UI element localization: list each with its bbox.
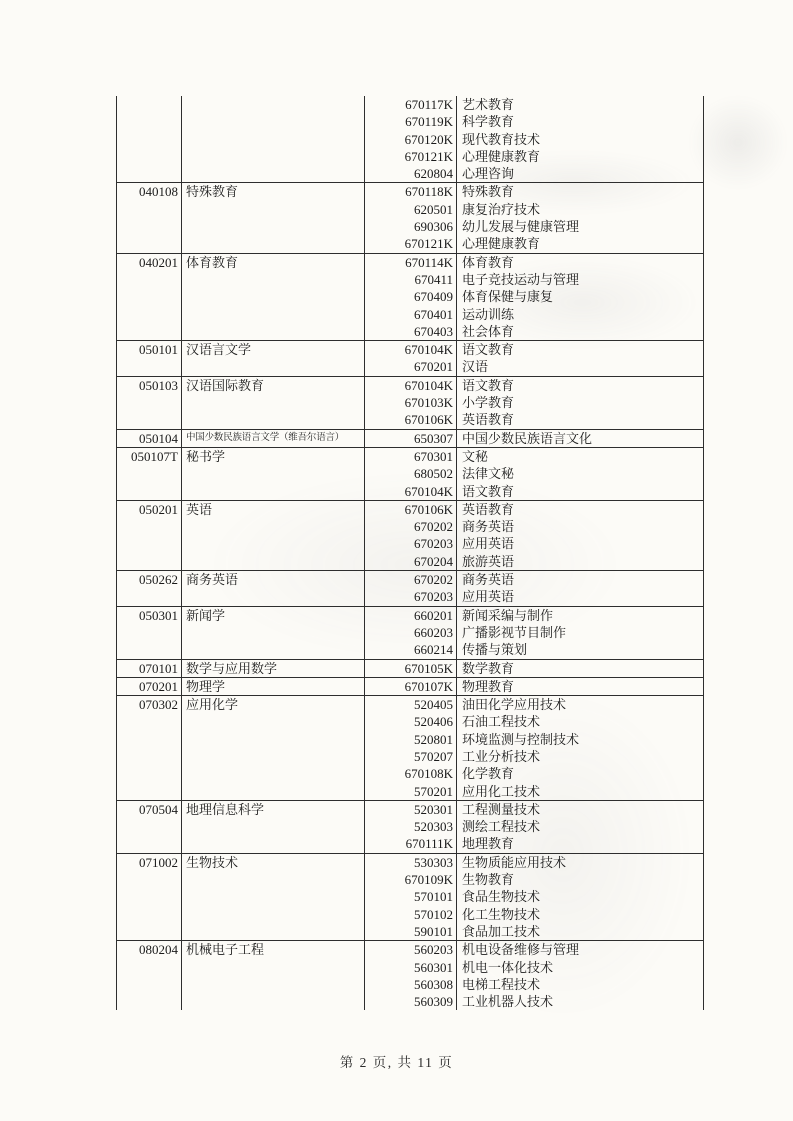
- table-row: 660214传播与策划: [117, 641, 703, 658]
- undergrad-major-name-cell: [182, 993, 365, 1010]
- college-major-name-cell: 新闻采编与制作: [457, 607, 703, 624]
- table-group: 670117K艺术教育670119K科学教育670120K现代教育技术67012…: [117, 96, 703, 182]
- college-major-name-cell: 工程测量技术: [457, 801, 703, 818]
- table-row: 520406石油工程技术: [117, 713, 703, 730]
- college-major-code-cell: 530303: [365, 854, 457, 871]
- college-major-code-cell: 670108K: [365, 765, 457, 782]
- undergrad-major-name-cell: [182, 959, 365, 976]
- undergrad-major-code-cell: [117, 306, 182, 323]
- table-row: 570101食品生物技术: [117, 888, 703, 905]
- table-row: 070504地理信息科学520301工程测量技术: [117, 801, 703, 818]
- college-major-code-cell: 670103K: [365, 394, 457, 411]
- undergrad-major-name-cell: 应用化学: [182, 696, 365, 713]
- college-major-code-cell: 670106K: [365, 501, 457, 518]
- undergrad-major-code-cell: [117, 323, 182, 340]
- table-row: 670121K心理健康教育: [117, 148, 703, 165]
- table-row: 670104K语文教育: [117, 483, 703, 500]
- college-major-name-cell: 汉语: [457, 358, 703, 375]
- college-major-name-cell: 化学教育: [457, 765, 703, 782]
- undergrad-major-code-cell: [117, 518, 182, 535]
- table-group: 050107T秘书学670301文秘680502法律文秘670104K语文教育: [117, 447, 703, 500]
- college-major-code-cell: 570207: [365, 748, 457, 765]
- undergrad-major-name-cell: [182, 201, 365, 218]
- table-row: 670203应用英语: [117, 535, 703, 552]
- table-group: 080204机械电子工程560203机电设备维修与管理560301机电一体化技术…: [117, 940, 703, 1010]
- college-major-code-cell: 670105K: [365, 660, 457, 677]
- college-major-code-cell: 690306: [365, 218, 457, 235]
- college-major-name-cell: 工业分析技术: [457, 748, 703, 765]
- table-row: 670108K化学教育: [117, 765, 703, 782]
- table-row: 070302应用化学520405油田化学应用技术: [117, 696, 703, 713]
- undergrad-major-name-cell: [182, 553, 365, 570]
- scanned-document-page: 670117K艺术教育670119K科学教育670120K现代教育技术67012…: [0, 0, 793, 1121]
- college-major-name-cell: 语文教育: [457, 341, 703, 358]
- undergrad-major-name-cell: 物理学: [182, 678, 365, 695]
- table-row: 040201体育教育670114K体育教育: [117, 254, 703, 271]
- college-major-code-cell: 670120K: [365, 131, 457, 148]
- table-group: 070201物理学670107K物理教育: [117, 677, 703, 695]
- college-major-code-cell: 560203: [365, 941, 457, 958]
- college-major-code-cell: 670104K: [365, 377, 457, 394]
- college-major-code-cell: 670204: [365, 553, 457, 570]
- undergrad-major-name-cell: 特殊教育: [182, 183, 365, 200]
- undergrad-major-code-cell: [117, 588, 182, 605]
- undergrad-major-name-cell: 体育教育: [182, 254, 365, 271]
- undergrad-major-code-cell: [117, 713, 182, 730]
- undergrad-major-name-cell: 秘书学: [182, 448, 365, 465]
- undergrad-major-name-cell: [182, 748, 365, 765]
- table-row: 680502法律文秘: [117, 465, 703, 482]
- college-major-name-cell: 商务英语: [457, 518, 703, 535]
- undergrad-major-name-cell: [182, 731, 365, 748]
- college-major-code-cell: 560308: [365, 976, 457, 993]
- college-major-name-cell: 广播影视节目制作: [457, 624, 703, 641]
- undergrad-major-name-cell: 新闻学: [182, 607, 365, 624]
- undergrad-major-code-cell: [117, 465, 182, 482]
- undergrad-major-name-cell: [182, 871, 365, 888]
- college-major-name-cell: 心理咨询: [457, 165, 703, 182]
- undergrad-major-code-cell: 080204: [117, 941, 182, 958]
- college-major-code-cell: 670119K: [365, 113, 457, 130]
- college-major-name-cell: 语文教育: [457, 483, 703, 500]
- table-row: 620804心理咨询: [117, 165, 703, 182]
- college-major-code-cell: 670111K: [365, 835, 457, 852]
- undergrad-major-name-cell: [182, 411, 365, 428]
- college-major-name-cell: 艺术教育: [457, 96, 703, 113]
- table-row: 670411电子竞技运动与管理: [117, 271, 703, 288]
- undergrad-major-code-cell: [117, 641, 182, 658]
- undergrad-major-name-cell: [182, 588, 365, 605]
- undergrad-major-code-cell: 070302: [117, 696, 182, 713]
- undergrad-major-name-cell: 商务英语: [182, 571, 365, 588]
- college-major-name-cell: 英语教育: [457, 501, 703, 518]
- undergrad-major-name-cell: 地理信息科学: [182, 801, 365, 818]
- table-row: 040108特殊教育670118K特殊教育: [117, 183, 703, 200]
- table-row: 670120K现代教育技术: [117, 131, 703, 148]
- college-major-name-cell: 地理教育: [457, 835, 703, 852]
- college-major-name-cell: 食品生物技术: [457, 888, 703, 905]
- college-major-code-cell: 620501: [365, 201, 457, 218]
- undergrad-major-name-cell: [182, 783, 365, 800]
- undergrad-major-name-cell: [182, 218, 365, 235]
- table-row: 670202商务英语: [117, 518, 703, 535]
- college-major-name-cell: 应用化工技术: [457, 783, 703, 800]
- college-major-name-cell: 法律文秘: [457, 465, 703, 482]
- undergrad-major-name-cell: 数学与应用数学: [182, 660, 365, 677]
- college-major-name-cell: 化工生物技术: [457, 906, 703, 923]
- table-group: 050104中国少数民族语言文学（维吾尔语言）650307中国少数民族语言文化: [117, 429, 703, 447]
- undergrad-major-code-cell: [117, 201, 182, 218]
- undergrad-major-code-cell: [117, 96, 182, 113]
- college-major-name-cell: 英语教育: [457, 411, 703, 428]
- undergrad-major-name-cell: 机械电子工程: [182, 941, 365, 958]
- undergrad-major-name-cell: [182, 906, 365, 923]
- undergrad-major-code-cell: [117, 148, 182, 165]
- college-major-name-cell: 应用英语: [457, 535, 703, 552]
- college-major-code-cell: 670104K: [365, 483, 457, 500]
- undergrad-major-code-cell: [117, 131, 182, 148]
- college-major-name-cell: 应用英语: [457, 588, 703, 605]
- undergrad-major-name-cell: 汉语言文学: [182, 341, 365, 358]
- table-row: 670201汉语: [117, 358, 703, 375]
- table-row: 071002生物技术530303生物质能应用技术: [117, 854, 703, 871]
- table-row: 570102化工生物技术: [117, 906, 703, 923]
- table-row: 080204机械电子工程560203机电设备维修与管理: [117, 941, 703, 958]
- table-row: 560309工业机器人技术: [117, 993, 703, 1010]
- undergrad-major-name-cell: [182, 888, 365, 905]
- table-row: 050262商务英语670202商务英语: [117, 571, 703, 588]
- college-major-code-cell: 670201: [365, 358, 457, 375]
- undergrad-major-code-cell: [117, 358, 182, 375]
- undergrad-major-code-cell: [117, 906, 182, 923]
- undergrad-major-name-cell: [182, 288, 365, 305]
- table-group: 050301新闻学660201新闻采编与制作660203广播影视节目制作6602…: [117, 606, 703, 659]
- undergrad-major-name-cell: [182, 976, 365, 993]
- college-major-name-cell: 电梯工程技术: [457, 976, 703, 993]
- college-major-code-cell: 590101: [365, 923, 457, 940]
- college-major-code-cell: 620804: [365, 165, 457, 182]
- table-row: 670111K地理教育: [117, 835, 703, 852]
- table-group: 050101汉语言文学670104K语文教育670201汉语: [117, 340, 703, 376]
- table-row: 050101汉语言文学670104K语文教育: [117, 341, 703, 358]
- table-row: 050103汉语国际教育670104K语文教育: [117, 377, 703, 394]
- undergrad-major-code-cell: [117, 553, 182, 570]
- undergrad-major-code-cell: [117, 165, 182, 182]
- undergrad-major-code-cell: 070101: [117, 660, 182, 677]
- college-major-name-cell: 特殊教育: [457, 183, 703, 200]
- undergrad-major-name-cell: [182, 624, 365, 641]
- table-row: 670203应用英语: [117, 588, 703, 605]
- undergrad-major-code-cell: 050101: [117, 341, 182, 358]
- college-major-code-cell: 520406: [365, 713, 457, 730]
- college-major-code-cell: 670202: [365, 518, 457, 535]
- college-major-name-cell: 商务英语: [457, 571, 703, 588]
- table-row: 050107T秘书学670301文秘: [117, 448, 703, 465]
- table-group: 070302应用化学520405油田化学应用技术520406石油工程技术5208…: [117, 695, 703, 800]
- table-row: 050201英语670106K英语教育: [117, 501, 703, 518]
- college-major-code-cell: 670411: [365, 271, 457, 288]
- undergrad-major-name-cell: [182, 483, 365, 500]
- college-major-code-cell: 670106K: [365, 411, 457, 428]
- college-major-name-cell: 运动训练: [457, 306, 703, 323]
- college-major-name-cell: 文秘: [457, 448, 703, 465]
- undergrad-major-name-cell: [182, 394, 365, 411]
- college-major-code-cell: 670403: [365, 323, 457, 340]
- undergrad-major-name-cell: [182, 131, 365, 148]
- undergrad-major-name-cell: [182, 113, 365, 130]
- college-major-code-cell: 670121K: [365, 235, 457, 252]
- undergrad-major-code-cell: 050107T: [117, 448, 182, 465]
- table-row: 670117K艺术教育: [117, 96, 703, 113]
- college-major-code-cell: 670409: [365, 288, 457, 305]
- table-row: 670119K科学教育: [117, 113, 703, 130]
- undergrad-major-code-cell: 071002: [117, 854, 182, 871]
- college-major-code-cell: 570102: [365, 906, 457, 923]
- undergrad-major-name-cell: [182, 923, 365, 940]
- undergrad-major-code-cell: [117, 783, 182, 800]
- undergrad-major-code-cell: [117, 976, 182, 993]
- undergrad-major-name-cell: [182, 148, 365, 165]
- college-major-name-cell: 测绘工程技术: [457, 818, 703, 835]
- undergrad-major-code-cell: [117, 235, 182, 252]
- college-major-code-cell: 670203: [365, 535, 457, 552]
- undergrad-major-code-cell: [117, 959, 182, 976]
- table-group: 050201英语670106K英语教育670202商务英语670203应用英语6…: [117, 500, 703, 570]
- undergrad-major-name-cell: [182, 518, 365, 535]
- table-row: 670106K英语教育: [117, 411, 703, 428]
- college-major-name-cell: 生物教育: [457, 871, 703, 888]
- college-major-name-cell: 体育教育: [457, 254, 703, 271]
- major-comparison-table: 670117K艺术教育670119K科学教育670120K现代教育技术67012…: [116, 96, 704, 1010]
- undergrad-major-code-cell: [117, 113, 182, 130]
- undergrad-major-code-cell: [117, 394, 182, 411]
- college-major-code-cell: 520303: [365, 818, 457, 835]
- undergrad-major-code-cell: 050301: [117, 607, 182, 624]
- table-row: 670121K心理健康教育: [117, 235, 703, 252]
- college-major-code-cell: 670104K: [365, 341, 457, 358]
- college-major-code-cell: 670202: [365, 571, 457, 588]
- table-row: 050301新闻学660201新闻采编与制作: [117, 607, 703, 624]
- college-major-name-cell: 石油工程技术: [457, 713, 703, 730]
- undergrad-major-name-cell: [182, 323, 365, 340]
- undergrad-major-code-cell: [117, 535, 182, 552]
- undergrad-major-code-cell: [117, 923, 182, 940]
- college-major-name-cell: 传播与策划: [457, 641, 703, 658]
- table-row: 520801环境监测与控制技术: [117, 731, 703, 748]
- college-major-code-cell: 650307: [365, 430, 457, 447]
- college-major-name-cell: 机电设备维修与管理: [457, 941, 703, 958]
- college-major-code-cell: 520801: [365, 731, 457, 748]
- college-major-code-cell: 660203: [365, 624, 457, 641]
- college-major-code-cell: 660201: [365, 607, 457, 624]
- college-major-code-cell: 570101: [365, 888, 457, 905]
- college-major-name-cell: 小学教育: [457, 394, 703, 411]
- undergrad-major-code-cell: [117, 731, 182, 748]
- undergrad-major-name-cell: 中国少数民族语言文学（维吾尔语言）: [182, 430, 365, 447]
- college-major-name-cell: 心理健康教育: [457, 148, 703, 165]
- undergrad-major-name-cell: 汉语国际教育: [182, 377, 365, 394]
- table-row: 070101数学与应用数学670105K数学教育: [117, 660, 703, 677]
- table-group: 040201体育教育670114K体育教育670411电子竞技运动与管理6704…: [117, 253, 703, 340]
- table-row: 050104中国少数民族语言文学（维吾尔语言）650307中国少数民族语言文化: [117, 430, 703, 447]
- undergrad-major-code-cell: [117, 818, 182, 835]
- undergrad-major-code-cell: [117, 748, 182, 765]
- undergrad-major-name-cell: [182, 641, 365, 658]
- undergrad-major-name-cell: [182, 465, 365, 482]
- table-row: 670409体育保健与康复: [117, 288, 703, 305]
- table-row: 520303测绘工程技术: [117, 818, 703, 835]
- table-row: 590101食品加工技术: [117, 923, 703, 940]
- table-row: 620501康复治疗技术: [117, 201, 703, 218]
- undergrad-major-name-cell: [182, 271, 365, 288]
- undergrad-major-name-cell: [182, 165, 365, 182]
- table-row: 670204旅游英语: [117, 553, 703, 570]
- college-major-code-cell: 560309: [365, 993, 457, 1010]
- college-major-name-cell: 心理健康教育: [457, 235, 703, 252]
- table-row: 690306幼儿发展与健康管理: [117, 218, 703, 235]
- college-major-code-cell: 520405: [365, 696, 457, 713]
- college-major-code-cell: 670118K: [365, 183, 457, 200]
- undergrad-major-code-cell: 040108: [117, 183, 182, 200]
- table-row: 560301机电一体化技术: [117, 959, 703, 976]
- undergrad-major-code-cell: [117, 271, 182, 288]
- undergrad-major-code-cell: 050201: [117, 501, 182, 518]
- undergrad-major-name-cell: [182, 835, 365, 852]
- college-major-code-cell: 570201: [365, 783, 457, 800]
- college-major-code-cell: 670203: [365, 588, 457, 605]
- undergrad-major-name-cell: [182, 235, 365, 252]
- undergrad-major-name-cell: [182, 713, 365, 730]
- undergrad-major-name-cell: [182, 358, 365, 375]
- table-group: 040108特殊教育670118K特殊教育620501康复治疗技术690306幼…: [117, 182, 703, 252]
- college-major-name-cell: 工业机器人技术: [457, 993, 703, 1010]
- undergrad-major-code-cell: 050104: [117, 430, 182, 447]
- table-row: 570201应用化工技术: [117, 783, 703, 800]
- table-row: 670401运动训练: [117, 306, 703, 323]
- table-row: 570207工业分析技术: [117, 748, 703, 765]
- undergrad-major-code-cell: 040201: [117, 254, 182, 271]
- college-major-name-cell: 体育保健与康复: [457, 288, 703, 305]
- undergrad-major-code-cell: [117, 624, 182, 641]
- college-major-name-cell: 旅游英语: [457, 553, 703, 570]
- table-row: 560308电梯工程技术: [117, 976, 703, 993]
- undergrad-major-code-cell: [117, 218, 182, 235]
- college-major-code-cell: 680502: [365, 465, 457, 482]
- table-row: 670403社会体育: [117, 323, 703, 340]
- undergrad-major-name-cell: [182, 818, 365, 835]
- college-major-name-cell: 语文教育: [457, 377, 703, 394]
- undergrad-major-code-cell: [117, 993, 182, 1010]
- undergrad-major-name-cell: 英语: [182, 501, 365, 518]
- table-row: 670109K生物教育: [117, 871, 703, 888]
- undergrad-major-code-cell: 070201: [117, 678, 182, 695]
- table-group: 070101数学与应用数学670105K数学教育: [117, 659, 703, 677]
- page-footer: 第 2 页, 共 11 页: [0, 1051, 793, 1071]
- college-major-name-cell: 社会体育: [457, 323, 703, 340]
- college-major-code-cell: 520301: [365, 801, 457, 818]
- college-major-code-cell: 670401: [365, 306, 457, 323]
- undergrad-major-code-cell: [117, 871, 182, 888]
- college-major-code-cell: 670109K: [365, 871, 457, 888]
- college-major-name-cell: 数学教育: [457, 660, 703, 677]
- college-major-code-cell: 670117K: [365, 96, 457, 113]
- undergrad-major-code-cell: [117, 765, 182, 782]
- undergrad-major-code-cell: [117, 888, 182, 905]
- undergrad-major-name-cell: [182, 765, 365, 782]
- table-row: 670103K小学教育: [117, 394, 703, 411]
- college-major-name-cell: 现代教育技术: [457, 131, 703, 148]
- college-major-name-cell: 油田化学应用技术: [457, 696, 703, 713]
- table-group: 071002生物技术530303生物质能应用技术670109K生物教育57010…: [117, 853, 703, 940]
- college-major-code-cell: 560301: [365, 959, 457, 976]
- college-major-name-cell: 食品加工技术: [457, 923, 703, 940]
- undergrad-major-name-cell: 生物技术: [182, 854, 365, 871]
- table-group: 070504地理信息科学520301工程测量技术520303测绘工程技术6701…: [117, 800, 703, 853]
- table-group: 050103汉语国际教育670104K语文教育670103K小学教育670106…: [117, 376, 703, 429]
- college-major-name-cell: 环境监测与控制技术: [457, 731, 703, 748]
- college-major-name-cell: 康复治疗技术: [457, 201, 703, 218]
- college-major-name-cell: 机电一体化技术: [457, 959, 703, 976]
- college-major-code-cell: 670121K: [365, 148, 457, 165]
- college-major-code-cell: 670301: [365, 448, 457, 465]
- college-major-name-cell: 中国少数民族语言文化: [457, 430, 703, 447]
- undergrad-major-name-cell: [182, 96, 365, 113]
- college-major-name-cell: 科学教育: [457, 113, 703, 130]
- table-row: 070201物理学670107K物理教育: [117, 678, 703, 695]
- college-major-code-cell: 670114K: [365, 254, 457, 271]
- undergrad-major-code-cell: [117, 483, 182, 500]
- undergrad-major-name-cell: [182, 306, 365, 323]
- college-major-code-cell: 670107K: [365, 678, 457, 695]
- undergrad-major-code-cell: 070504: [117, 801, 182, 818]
- undergrad-major-name-cell: [182, 535, 365, 552]
- college-major-name-cell: 生物质能应用技术: [457, 854, 703, 871]
- college-major-name-cell: 幼儿发展与健康管理: [457, 218, 703, 235]
- college-major-name-cell: 电子竞技运动与管理: [457, 271, 703, 288]
- table-row: 660203广播影视节目制作: [117, 624, 703, 641]
- undergrad-major-code-cell: [117, 411, 182, 428]
- undergrad-major-code-cell: [117, 288, 182, 305]
- undergrad-major-code-cell: 050262: [117, 571, 182, 588]
- undergrad-major-code-cell: [117, 835, 182, 852]
- college-major-code-cell: 660214: [365, 641, 457, 658]
- table-group: 050262商务英语670202商务英语670203应用英语: [117, 570, 703, 606]
- college-major-name-cell: 物理教育: [457, 678, 703, 695]
- undergrad-major-code-cell: 050103: [117, 377, 182, 394]
